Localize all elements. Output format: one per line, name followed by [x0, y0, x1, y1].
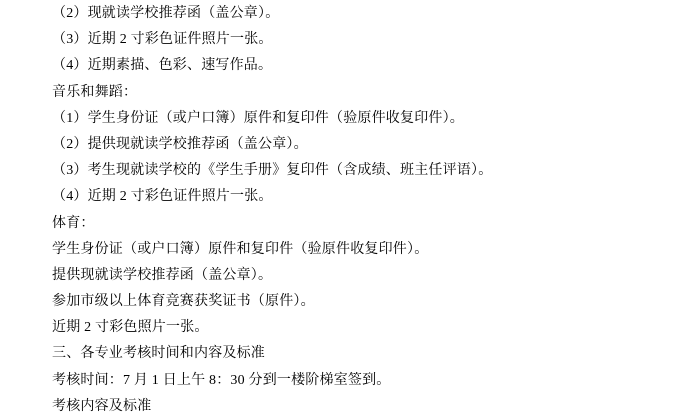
document-page: （2）现就读学校推荐函（盖公章）。（3）近期 2 寸彩色证件照片一张。（4）近期… [0, 0, 699, 420]
text-line: 学生身份证（或户口簿）原件和复印件（验原件收复印件）。 [52, 237, 679, 263]
text-line: 考核时间：7 月 1 日上午 8：30 分到一楼阶梯室签到。 [52, 368, 679, 394]
text-line: 近期 2 寸彩色照片一张。 [52, 315, 679, 341]
text-line: 提供现就读学校推荐函（盖公章）。 [52, 263, 679, 289]
text-line: 音乐和舞蹈： [52, 80, 679, 106]
text-line: （3）考生现就读学校的《学生手册》复印件（含成绩、班主任评语）。 [52, 158, 679, 184]
text-line: （1）学生身份证（或户口簿）原件和复印件（验原件收复印件）。 [52, 106, 679, 132]
text-line: （4）近期素描、色彩、速写作品。 [52, 53, 679, 79]
text-line: （2）现就读学校推荐函（盖公章）。 [52, 1, 679, 27]
text-line: 三、各专业考核时间和内容及标准 [52, 341, 679, 367]
text-line: （2）提供现就读学校推荐函（盖公章）。 [52, 132, 679, 158]
text-line: （4）近期 2 寸彩色证件照片一张。 [52, 184, 679, 210]
text-line: 体育： [52, 211, 679, 237]
text-line: 考核内容及标准 [52, 394, 679, 420]
text-line: （3）近期 2 寸彩色证件照片一张。 [52, 27, 679, 53]
text-line: 参加市级以上体育竞赛获奖证书（原件）。 [52, 289, 679, 315]
